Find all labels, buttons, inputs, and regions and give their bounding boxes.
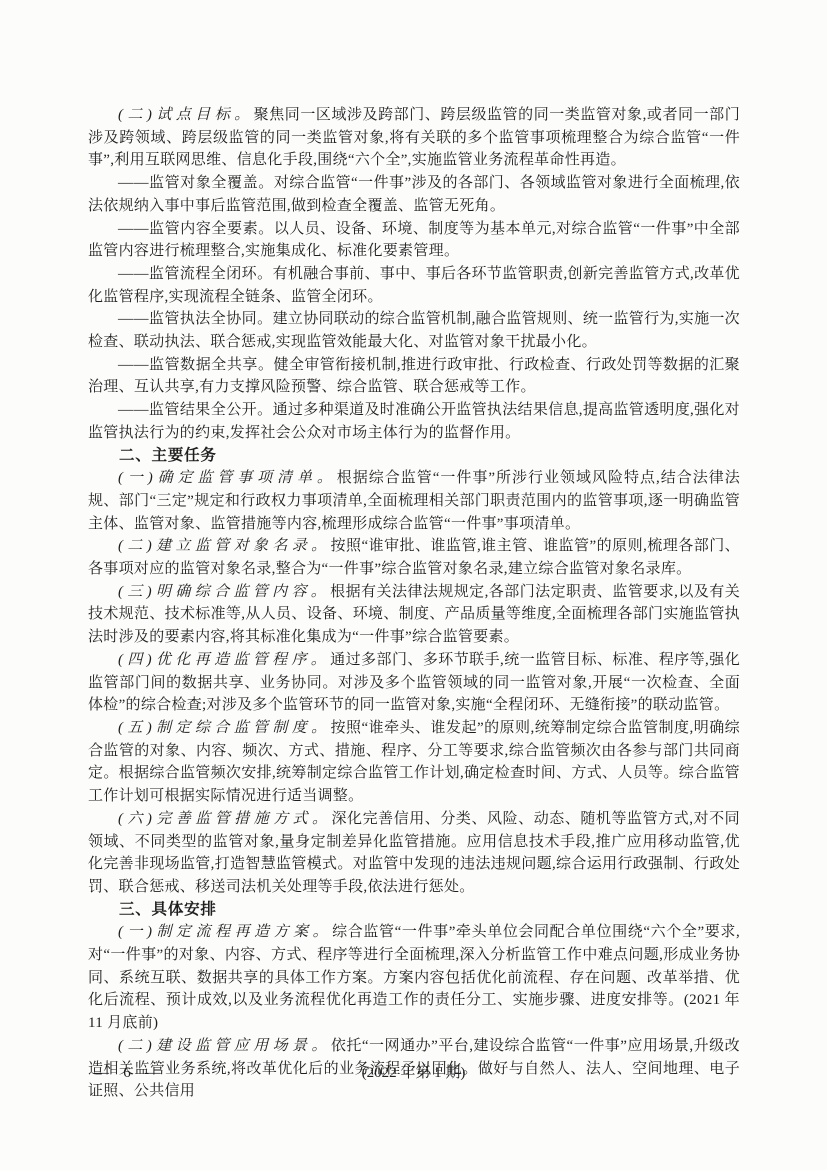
paragraph: (二)试点目标。聚焦同一区域涉及跨部门、跨层级监管的同一类监管对象,或者同一部门… — [88, 104, 740, 172]
paragraph-lead: (六)完善监管措施方式。 — [118, 811, 331, 827]
paragraph: (三)明确综合监管内容。根据有关法律法规规定,各部门法定职责、监管要求,以及有关… — [88, 581, 740, 649]
paragraph: (一)确定监管事项清单。根据综合监管“一件事”所涉行业领域风险特点,结合法律法规… — [88, 467, 740, 535]
paragraph: (五)制定综合监管制度。按照“谁牵头、谁发起”的原则,统筹制定综合监管制度,明确… — [88, 717, 740, 808]
paragraph-lead: (一)制定流程再造方案。 — [118, 924, 332, 940]
paragraph-lead: ——监管执法全协同。 — [118, 311, 273, 327]
paragraph: (二)建立监管对象名录。按照“谁审批、谁监管,谁主管、谁监管”的原则,梳理各部门… — [88, 535, 740, 580]
paragraph-lead: (二)试点目标。 — [118, 107, 254, 123]
paragraph-lead: ——监管结果全公开。 — [118, 402, 273, 418]
dash-paragraph: ——监管执法全协同。建立协同联动的综合监管机制,融合监管规则、统一监管行为,实施… — [88, 308, 740, 353]
paragraph: (一)制定流程再造方案。综合监管“一件事”牵头单位会同配合单位围绕“六个全”要求… — [88, 921, 740, 1035]
paragraph-lead: ——监管流程全闭环。 — [118, 266, 273, 282]
paragraph: (六)完善监管措施方式。深化完善信用、分类、风险、动态、随机等监管方式,对不同领… — [88, 808, 740, 899]
paragraph-lead: ——监管对象全覆盖。 — [118, 175, 274, 191]
paragraph-lead: (一)确定监管事项清单。 — [118, 470, 337, 486]
paragraph-lead: (三)明确综合监管内容。 — [118, 584, 330, 600]
dash-paragraph: ——监管数据全共享。健全审管衔接机制,推进行政审批、行政检查、行政处罚等数据的汇… — [88, 354, 740, 399]
dash-paragraph: ——监管对象全覆盖。对综合监管“一件事”涉及的各部门、各领域监管对象进行全面梳理… — [88, 172, 740, 217]
paragraph-lead: (四)优化再造监管程序。 — [118, 652, 330, 668]
paragraph-lead: (二)建设监管应用场景。 — [118, 1038, 331, 1054]
document-page: (二)试点目标。聚焦同一区域涉及跨部门、跨层级监管的同一类监管对象,或者同一部门… — [0, 0, 827, 1170]
paragraph-lead: (五)制定综合监管制度。 — [118, 720, 331, 736]
section-heading: 二、主要任务 — [88, 445, 740, 468]
dash-paragraph: ——监管结果全公开。通过多种渠道及时准确公开监管执法结果信息,提高监管透明度,强… — [88, 399, 740, 444]
paragraph-lead: ——监管数据全共享。 — [118, 357, 274, 373]
dash-paragraph: ——监管内容全要素。以人员、设备、环境、制度等为基本单元,对综合监管“一件事”中… — [88, 218, 740, 263]
document-body: (二)试点目标。聚焦同一区域涉及跨部门、跨层级监管的同一类监管对象,或者同一部门… — [88, 104, 740, 1103]
dash-paragraph: ——监管流程全闭环。有机融合事前、事中、事后各环节监管职责,创新完善监管方式,改… — [88, 263, 740, 308]
paragraph-text: 综合监管“一件事”牵头单位会同配合单位围绕“六个全”要求,对“一件事”的对象、内… — [88, 924, 740, 1031]
page-footer: — 6 — (2022 年第 1 期) — [0, 1063, 827, 1083]
paragraph-lead: (二)建立监管对象名录。 — [118, 538, 331, 554]
paragraph-lead: ——监管内容全要素。 — [118, 221, 274, 237]
footer-page-number: — 6 — — [94, 1063, 165, 1083]
section-heading: 三、具体安排 — [88, 899, 740, 922]
paragraph: (四)优化再造监管程序。通过多部门、多环节联手,统一监管目标、标准、程序等,强化… — [88, 649, 740, 717]
